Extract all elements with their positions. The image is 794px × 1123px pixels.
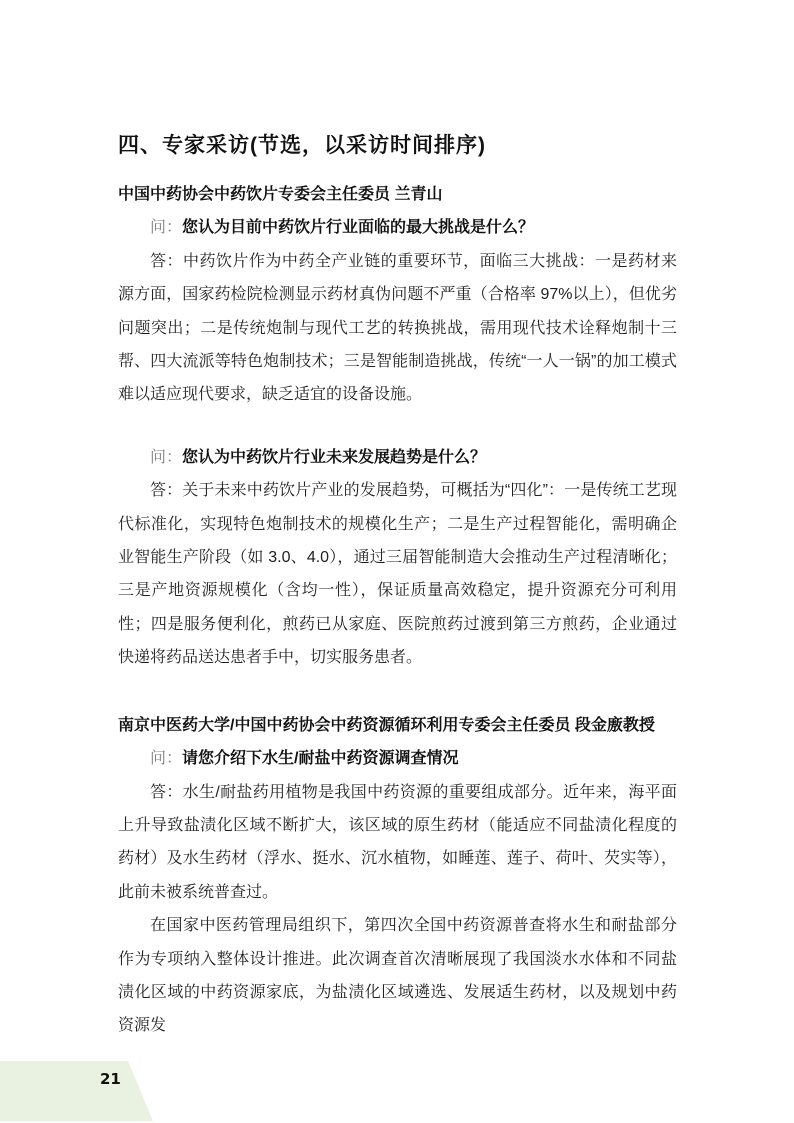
answer-text: 关于未来中药饮片产业的发展趋势，可概括为“四化”：一是传统工艺现代标准化，实现特… [118,482,677,666]
answer-paragraph: 在国家中医药管理局组织下，第四次全国中药资源普查将水生和耐盐部分作为专项纳入整体… [118,909,677,1043]
qa-section: 中国中药协会中药饮片专委会主任委员 兰青山问：您认为目前中药饮片行业面临的最大挑… [118,178,677,675]
expert-name: 中国中药协会中药饮片专委会主任委员 兰青山 [118,178,677,211]
question-line: 问：您认为中药饮片行业未来发展趋势是什么？ [118,441,677,474]
answer-label: 答： [150,253,183,270]
qa-section: 南京中医药大学/中国中药协会中药资源循环利用专委会主任委员 段金廒教授问：请您介… [118,709,677,1043]
question-label: 问： [150,449,182,466]
question-line: 问：请您介绍下水生/耐盐中药资源调查情况 [118,742,677,775]
document-page: 四、专家采访(节选，以采访时间排序) 中国中药协会中药饮片专委会主任委员 兰青山… [0,0,794,1123]
answer-text: 在国家中医药管理局组织下，第四次全国中药资源普查将水生和耐盐部分作为专项纳入整体… [118,917,677,1034]
question-text: 请您介绍下水生/耐盐中药资源调查情况 [182,750,458,767]
answer-label: 答： [150,784,183,801]
question-text: 您认为中药饮片行业未来发展趋势是什么？ [182,449,486,466]
answer-text: 中药饮片作为中药全产业链的重要环节，面临三大挑战：一是药材来源方面，国家药检院检… [118,253,677,404]
question-label: 问： [150,750,182,767]
expert-name: 南京中医药大学/中国中药协会中药资源循环利用专委会主任委员 段金廒教授 [118,709,677,742]
page-number: 21 [100,1070,121,1088]
qa-sections: 中国中药协会中药饮片专委会主任委员 兰青山问：您认为目前中药饮片行业面临的最大挑… [118,178,677,1043]
answer-label: 答： [150,482,182,499]
page-content: 四、专家采访(节选，以采访时间排序) 中国中药协会中药饮片专委会主任委员 兰青山… [118,132,677,1043]
page-title: 四、专家采访(节选，以采访时间排序) [118,132,677,160]
question-text: 您认为目前中药饮片行业面临的最大挑战是什么？ [182,219,534,236]
answer-paragraph: 答：中药饮片作为中药全产业链的重要环节，面临三大挑战：一是药材来源方面，国家药检… [118,245,677,412]
answer-text: 水生/耐盐药用植物是我国中药资源的重要组成部分。近年来，海平面上升导致盐渍化区域… [118,784,677,901]
answer-paragraph: 答：水生/耐盐药用植物是我国中药资源的重要组成部分。近年来，海平面上升导致盐渍化… [118,776,677,910]
question-label: 问： [150,219,182,236]
question-line: 问：您认为目前中药饮片行业面临的最大挑战是什么？ [118,211,677,244]
answer-paragraph: 答：关于未来中药饮片产业的发展趋势，可概括为“四化”：一是传统工艺现代标准化，实… [118,474,677,674]
footer-page-tab: 21 [0,1061,153,1121]
